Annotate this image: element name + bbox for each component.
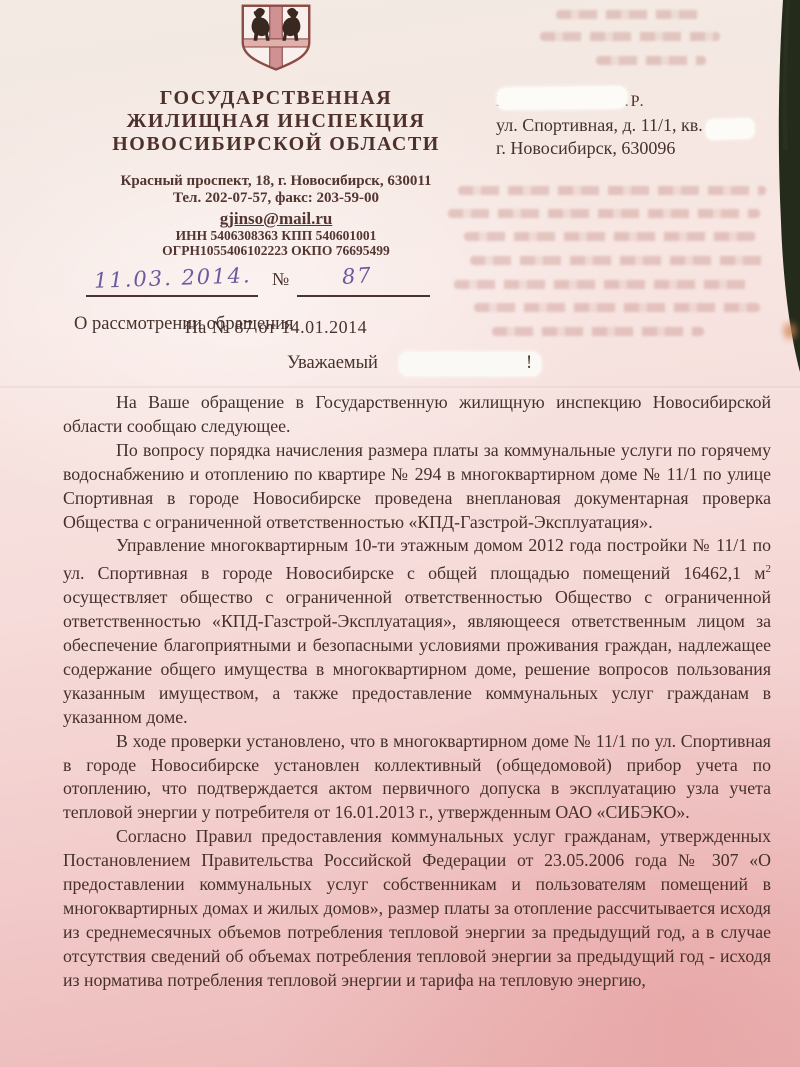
number-sign-label: № [272,269,289,290]
bleed-through-text [448,209,760,218]
novosibirsk-coat-of-arms-icon [235,3,317,73]
paragraph-3: Управление многоквартирным 10-ти этажным… [63,534,771,729]
bleed-through-text [596,56,706,65]
salutation-prefix: Уважаемый [287,353,378,373]
bleed-through-text [492,327,704,336]
bleed-through-text [540,32,720,41]
redaction-whiteout [497,86,627,110]
bleed-through-text [454,280,752,289]
bleed-through-text [556,10,706,19]
handwritten-date: 11.03. 2014. [94,263,252,292]
org-email: gjinso@mail.ru [60,209,492,228]
date-underline [86,295,258,297]
recipient-address-line2: г. Новосибирск, 630096 [496,137,796,160]
paragraph-3-text: осуществляет общество с ограниченной отв… [63,587,771,727]
bleed-through-text [470,256,766,265]
redaction-whiteout [706,118,755,140]
subject-line: О рассмотрении обращения [74,314,294,335]
paragraph-2: По вопросу порядка начисления размера пл… [63,439,771,535]
paragraph-5: Согласно Правил предоставления коммуналь… [63,825,771,992]
letter-body: На Ваше обращение в Государственную жили… [63,391,771,993]
scanned-letter-page: ГОСУДАРСТВЕННАЯ ЖИЛИЩНАЯ ИНСПЕКЦИЯ НОВОС… [0,0,800,1067]
letterhead: ГОСУДАРСТВЕННАЯ ЖИЛИЩНАЯ ИНСПЕКЦИЯ НОВОС… [60,0,492,338]
org-name-line-2: ЖИЛИЩНАЯ ИНСПЕКЦИЯ [60,110,492,133]
org-ogrn-okpo: ОГРН1055406102223 ОКПО 76695499 [60,243,492,258]
paragraph-4: В ходе проверки установлено, что в много… [63,730,771,826]
date-number-row: 11.03. 2014. № 87 [60,264,492,308]
handwritten-number: 87 [341,263,373,289]
photo-background-edge [770,0,800,372]
salutation-line: Уважаемый! [287,353,532,374]
org-inn-kpp: ИНН 5406308363 КПП 540601001 [60,228,492,243]
bleed-through-text [474,303,760,312]
org-name-line-1: ГОСУДАРСТВЕННАЯ [60,87,492,110]
paragraph-1: На Ваше обращение в Государственную жили… [63,391,771,439]
salutation-punctuation: ! [526,353,532,373]
paragraph-3-text: Управление многоквартирным 10-ти этажным… [63,535,771,583]
paper-fold-crease [0,386,800,390]
org-address: Красный проспект, 18, г. Новосибирск, 63… [60,173,492,190]
square-meter-superscript: 2 [766,563,772,575]
org-name-line-3: НОВОСИБИРСКОЙ ОБЛАСТИ [60,133,492,156]
paper-edge-glow [782,316,798,346]
org-phone-fax: Тел. 202-07-57, факс: 203-59-00 [60,190,492,207]
bleed-through-text [464,232,756,241]
number-underline [297,295,430,297]
bleed-through-text [458,186,766,195]
